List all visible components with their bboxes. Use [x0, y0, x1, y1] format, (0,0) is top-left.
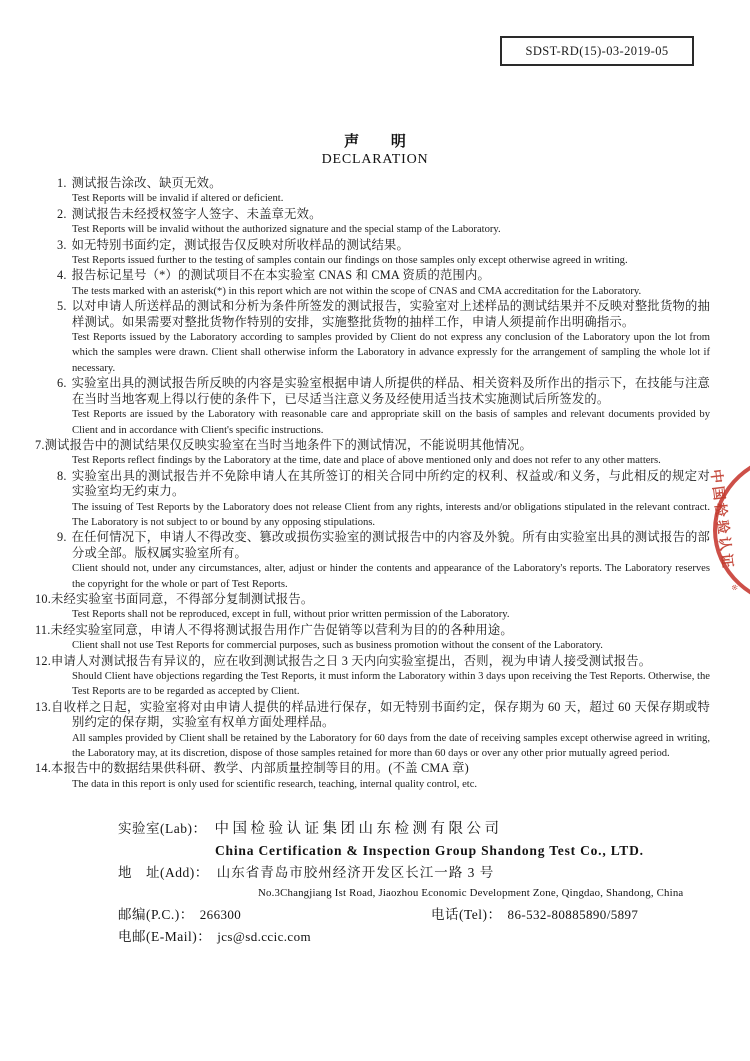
- item-text-zh: 未经实验室同意，申请人不得将测试报告用作广告促销等以营利为目的的各种用途。: [51, 623, 513, 637]
- item-number: 10.: [35, 592, 51, 606]
- item-text-en: Test Reports issued further to the testi…: [72, 253, 710, 268]
- address-en: No.3Changjiang Ist Road, Jiaozhou Econom…: [118, 886, 718, 900]
- red-seal-mark: ※: [729, 583, 740, 592]
- item-text-en: Test Reports reflect findings by the Lab…: [72, 453, 710, 468]
- item-text-zh: 自收样之日起，实验室将对由申请人提供的样品进行保存，如无特别书面约定，保存期为 …: [51, 700, 710, 729]
- page-title-zh: 声 明: [0, 130, 750, 151]
- lab-name-row: 实验室(Lab)：中国检验认证集团山东检测有限公司: [118, 820, 718, 838]
- declaration-item-11: 11.未经实验室同意，申请人不得将测试报告用作广告促销等以营利为目的的各种用途。…: [48, 623, 710, 654]
- scanned-declaration-page: SDST-RD(15)-03-2019-05 声 明 DECLARATION 1…: [0, 0, 750, 1061]
- doc-code: SDST-RD(15)-03-2019-05: [525, 44, 668, 59]
- item-text-en: Test Reports issued by the Laboratory ac…: [72, 330, 710, 376]
- declaration-item-10: 10.未经实验室书面同意，不得部分复制测试报告。 Test Reports sh…: [48, 592, 710, 623]
- email-value: jcs@sd.ccic.com: [217, 929, 311, 944]
- page-title-en: DECLARATION: [0, 152, 750, 168]
- declaration-item-14: 14.本报告中的数据结果供科研、教学、内部质量控制等目的用。(不盖 CMA 章)…: [48, 761, 710, 792]
- email-label: 电邮(E-Mail)：: [118, 929, 211, 944]
- item-text-zh: 实验室出具的测试报告所反映的内容是实验室根据申请人所提供的样品、相关资料及所作出…: [72, 376, 710, 405]
- item-text-zh: 未经实验室书面同意，不得部分复制测试报告。: [51, 592, 313, 606]
- declaration-list: 1.测试报告涂改、缺页无效。 Test Reports will be inva…: [48, 176, 710, 792]
- tel-value: 86-532-80885890/5897: [508, 907, 639, 922]
- item-text-zh: 测试报告涂改、缺页无效。: [72, 176, 222, 190]
- item-number: 5.: [57, 299, 67, 313]
- item-text-en: Test Reports shall not be reproduced, ex…: [72, 607, 710, 622]
- declaration-item-2: 2.测试报告未经授权签字人签字、未盖章无效。 Test Reports will…: [48, 207, 710, 238]
- address-row: 地 址(Add)：山东省青岛市胶州经济开发区长江一路 3 号: [118, 864, 718, 881]
- tel-label: 电话(Tel)：: [431, 907, 502, 922]
- declaration-item-6: 6.实验室出具的测试报告所反映的内容是实验室根据申请人所提供的样品、相关资料及所…: [48, 376, 710, 438]
- item-number: 8.: [57, 469, 67, 483]
- item-text-en: Test Reports will be invalid if altered …: [72, 191, 710, 206]
- lab-label: 实验室(Lab)：: [118, 821, 206, 836]
- declaration-item-12: 12.申请人对测试报告有异议的，应在收到测试报告之日 3 天内向实验室提出，否则…: [48, 654, 710, 700]
- item-number: 12.: [35, 654, 51, 668]
- item-text-en: Client shall not use Test Reports for co…: [72, 638, 710, 653]
- item-number: 6.: [57, 376, 67, 390]
- item-text-en: All samples provided by Client shall be …: [72, 731, 710, 762]
- declaration-item-4: 4.报告标记星号（*）的测试项目不在本实验室 CNAS 和 CMA 资质的范围内…: [48, 268, 710, 299]
- address-label: 地 址(Add)：: [118, 865, 209, 880]
- lab-name-en: China Certification & Inspection Group S…: [118, 843, 718, 859]
- item-text-zh: 在任何情况下，申请人不得改变、篡改或损伤实验室的测试报告中的内容及外貌。所有由实…: [72, 530, 710, 559]
- declaration-item-9: 9.在任何情况下，申请人不得改变、篡改或损伤实验室的测试报告中的内容及外貌。所有…: [48, 530, 710, 592]
- declaration-item-8: 8.实验室出具的测试报告并不免除申请人在其所签订的相关合同中所约定的权利、权益或…: [48, 469, 710, 531]
- item-number: 11.: [35, 623, 51, 637]
- declaration-item-3: 3.如无特别书面约定，测试报告仅反映对所收样品的测试结果。 Test Repor…: [48, 238, 710, 269]
- address-zh: 山东省青岛市胶州经济开发区长江一路 3 号: [217, 865, 495, 880]
- item-text-en: Test Reports are issued by the Laborator…: [72, 407, 710, 438]
- lab-name-zh: 中国检验认证集团山东检测有限公司: [214, 821, 502, 837]
- item-text-en: The issuing of Test Reports by the Labor…: [72, 500, 710, 531]
- item-number: 13.: [35, 700, 51, 714]
- item-text-en: The tests marked with an asterisk(*) in …: [72, 284, 710, 299]
- declaration-item-7: 7.测试报告中的测试结果仅反映实验室在当时当地条件下的测试情况，不能说明其他情况…: [48, 438, 710, 469]
- item-text-en: Client should not, under any circumstanc…: [72, 561, 710, 592]
- item-number: 2.: [57, 207, 67, 221]
- declaration-item-1: 1.测试报告涂改、缺页无效。 Test Reports will be inva…: [48, 176, 710, 207]
- postal-code-label: 邮编(P.C.)：: [118, 907, 194, 922]
- email-row: 电邮(E-Mail)：jcs@sd.ccic.com: [118, 928, 718, 945]
- item-text-zh: 实验室出具的测试报告并不免除申请人在其所签订的相关合同中所约定的权利、权益或/和…: [72, 469, 710, 498]
- declaration-item-5: 5.以对申请人所送样品的测试和分析为条件所签发的测试报告，实验室对上述样品的测试…: [48, 299, 710, 376]
- item-text-zh: 申请人对测试报告有异议的，应在收到测试报告之日 3 天内向实验室提出，否则，视为…: [51, 654, 651, 668]
- item-text-en: Test Reports will be invalid without the…: [72, 222, 710, 237]
- item-text-zh: 报告标记星号（*）的测试项目不在本实验室 CNAS 和 CMA 资质的范围内。: [72, 268, 490, 282]
- item-number: 9.: [57, 530, 67, 544]
- item-number: 1.: [57, 176, 67, 190]
- item-text-zh: 测试报告中的测试结果仅反映实验室在当时当地条件下的测试情况，不能说明其他情况。: [45, 438, 532, 452]
- postal-code-value: 266300: [200, 907, 241, 922]
- item-text-zh: 测试报告未经授权签字人签字、未盖章无效。: [72, 207, 322, 221]
- item-number: 4.: [57, 268, 67, 282]
- lab-contact-block: 实验室(Lab)：中国检验认证集团山东检测有限公司 China Certific…: [118, 820, 718, 950]
- declaration-item-13: 13.自收样之日起，实验室将对由申请人提供的样品进行保存，如无特别书面约定，保存…: [48, 700, 710, 762]
- item-text-zh: 本报告中的数据结果供科研、教学、内部质量控制等目的用。(不盖 CMA 章): [51, 761, 469, 775]
- item-text-zh: 如无特别书面约定，测试报告仅反映对所收样品的测试结果。: [72, 238, 409, 252]
- title-block: 声 明 DECLARATION: [0, 130, 750, 168]
- item-number: 3.: [57, 238, 67, 252]
- item-text-zh: 以对申请人所送样品的测试和分析为条件所签发的测试报告，实验室对上述样品的测试结果…: [72, 299, 710, 328]
- item-number: 7.: [35, 438, 45, 452]
- postal-phone-row: 邮编(P.C.)：266300 电话(Tel)：86-532-80885890/…: [118, 906, 718, 923]
- doc-code-box: SDST-RD(15)-03-2019-05: [500, 36, 694, 66]
- item-text-en: Should Client have objections regarding …: [72, 669, 710, 700]
- item-text-en: The data in this report is only used for…: [72, 777, 710, 792]
- item-number: 14.: [35, 761, 51, 775]
